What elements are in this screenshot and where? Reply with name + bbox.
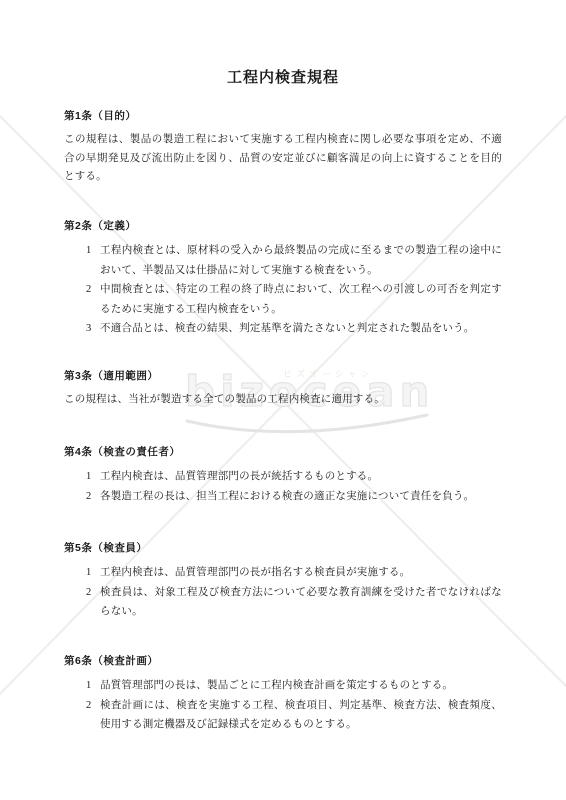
item-number: 2 (86, 696, 100, 735)
item-text: 検査計画には、検査を実施する工程、検査項目、判定基準、検査方法、検査頻度、使用す… (100, 696, 502, 735)
list-item: 1工程内検査は、品質管理部門の長が統括するものとする。 (64, 467, 502, 487)
item-text: 工程内検査は、品質管理部門の長が統括するものとする。 (100, 467, 502, 487)
article-heading: 第4条（検査の責任者） (64, 446, 502, 459)
list-item: 2各製造工程の長は、担当工程における検査の適正な実施について責任を負う。 (64, 487, 502, 507)
article: 第1条（目的）この規程は、製品の製造工程において実施する工程内検査に関し必要な事… (64, 110, 502, 187)
item-number: 2 (86, 280, 100, 319)
item-text: 検査員は、対象工程及び検査方法について必要な教育訓練を受けた者でなければならない… (100, 583, 502, 622)
list-item: 3不適合品とは、検査の結果、判定基準を満たさないと判定された製品をいう。 (64, 319, 502, 339)
list-item: 2検査計画には、検査を実施する工程、検査項目、判定基準、検査方法、検査頻度、使用… (64, 696, 502, 735)
article: 第3条（適用範囲）この規程は、当社が製造する全ての製品の工程内検査に適用する。 (64, 370, 502, 410)
item-number: 1 (86, 563, 100, 583)
article-paragraph: この規程は、当社が製造する全ての製品の工程内検査に適用する。 (64, 391, 502, 410)
item-number: 1 (86, 241, 100, 280)
item-text: 工程内検査とは、原材料の受入から最終製品の完成に至るまでの製造工程の途中において… (100, 241, 502, 280)
item-number: 2 (86, 487, 100, 507)
item-number: 3 (86, 319, 100, 339)
list-item: 1工程内検査は、品質管理部門の長が指名する検査員が実施する。 (64, 563, 502, 583)
item-text: 中間検査とは、特定の工程の終了時点において、次工程への引渡しの可否を判定するため… (100, 280, 502, 319)
item-text: 工程内検査は、品質管理部門の長が指名する検査員が実施する。 (100, 563, 502, 583)
article-heading: 第6条（検査計画） (64, 655, 502, 668)
item-number: 2 (86, 583, 100, 622)
article: 第5条（検査員）1工程内検査は、品質管理部門の長が指名する検査員が実施する。2検… (64, 542, 502, 622)
article: 第4条（検査の責任者）1工程内検査は、品質管理部門の長が統括するものとする。2各… (64, 446, 502, 506)
item-number: 1 (86, 676, 100, 696)
article: 第2条（定義）1工程内検査とは、原材料の受入から最終製品の完成に至るまでの製造工… (64, 220, 502, 339)
item-text: 品質管理部門の長は、製品ごとに工程内検査計画を策定するものとする。 (100, 676, 502, 696)
item-number: 1 (86, 467, 100, 487)
list-item: 2中間検査とは、特定の工程の終了時点において、次工程への引渡しの可否を判定するた… (64, 280, 502, 319)
list-item: 2検査員は、対象工程及び検査方法について必要な教育訓練を受けた者でなければならな… (64, 583, 502, 622)
list-item: 1工程内検査とは、原材料の受入から最終製品の完成に至るまでの製造工程の途中におい… (64, 241, 502, 280)
document-page: ビズオーシャン bizocean 工程内検査規程 第1条（目的）この規程は、製品… (0, 0, 566, 800)
article-heading: 第5条（検査員） (64, 542, 502, 555)
article-heading: 第2条（定義） (64, 220, 502, 233)
articles: 第1条（目的）この規程は、製品の製造工程において実施する工程内検査に関し必要な事… (0, 0, 566, 800)
list-item: 1品質管理部門の長は、製品ごとに工程内検査計画を策定するものとする。 (64, 676, 502, 696)
article-paragraph: この規程は、製品の製造工程において実施する工程内検査に関し必要な事項を定め、不適… (64, 131, 502, 187)
article-heading: 第3条（適用範囲） (64, 370, 502, 383)
article-heading: 第1条（目的） (64, 110, 502, 123)
item-text: 各製造工程の長は、担当工程における検査の適正な実施について責任を負う。 (100, 487, 502, 507)
item-text: 不適合品とは、検査の結果、判定基準を満たさないと判定された製品をいう。 (100, 319, 502, 339)
article: 第6条（検査計画）1品質管理部門の長は、製品ごとに工程内検査計画を策定するものと… (64, 655, 502, 735)
